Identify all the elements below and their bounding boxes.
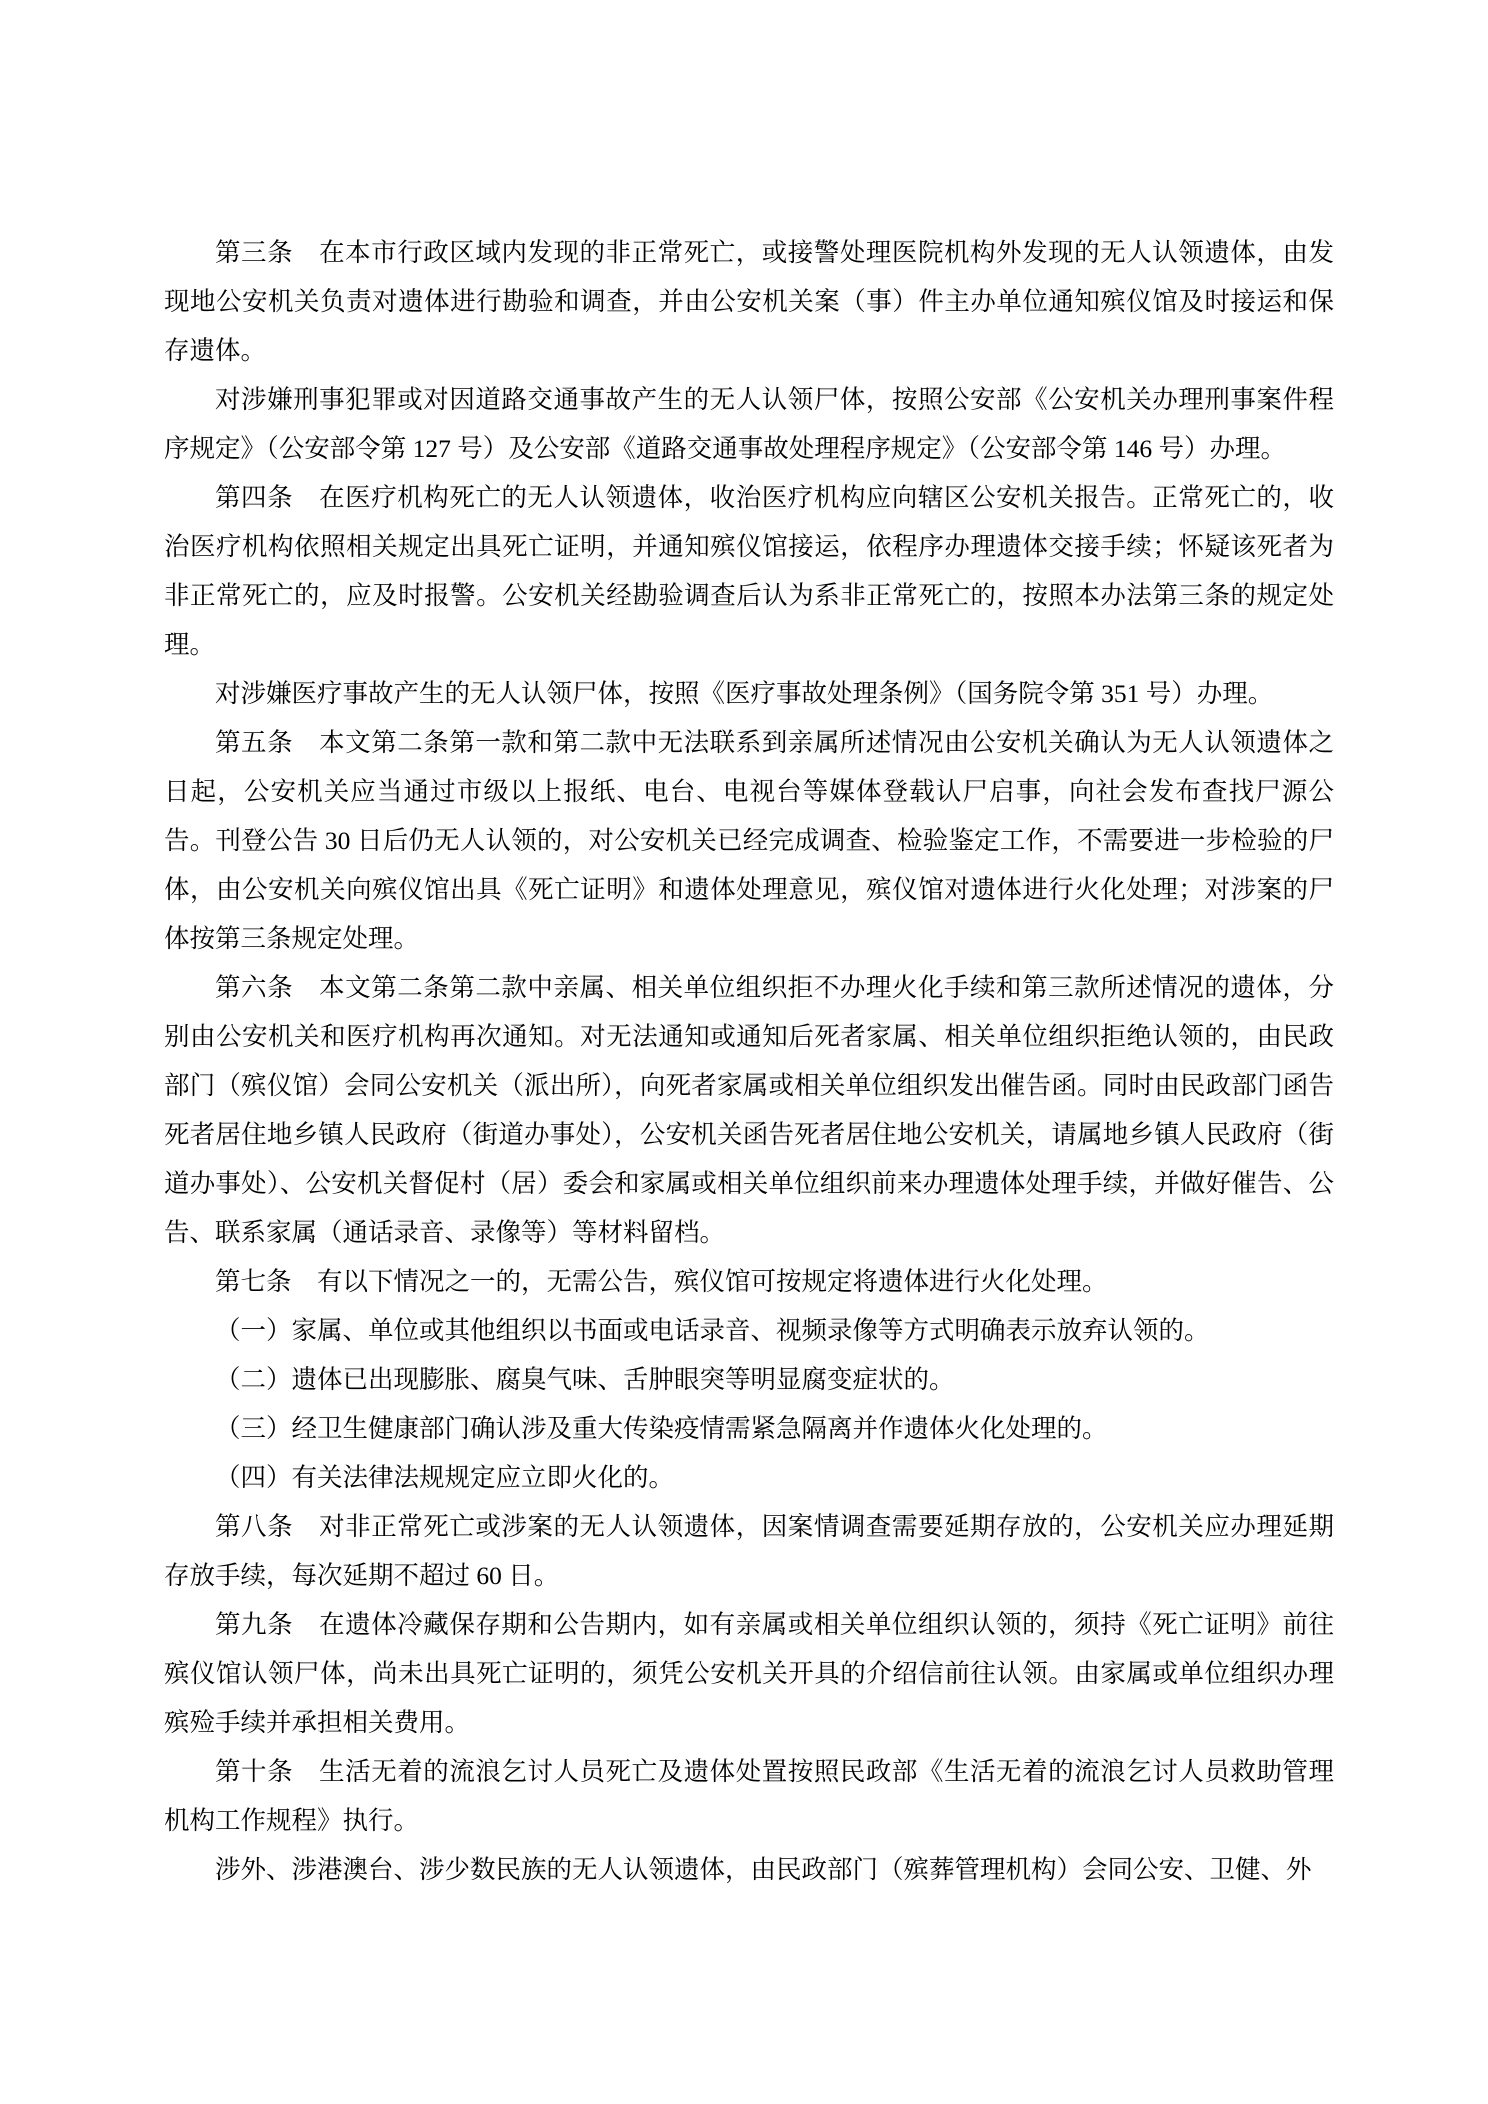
paragraph-article-3-clause-2: 对涉嫌刑事犯罪或对因道路交通事故产生的无人认领尸体，按照公安部《公安机关办理刑事… [164,375,1334,473]
paragraph-article-6: 第六条 本文第二条第二款中亲属、相关单位组织拒不办理火化手续和第三款所述情况的遗… [164,963,1334,1257]
document-page: 第三条 在本市行政区域内发现的非正常死亡，或接警处理医院机构外发现的无人认领遗体… [0,0,1488,2104]
paragraph-article-9: 第九条 在遗体冷藏保存期和公告期内，如有亲属或相关单位组织认领的，须持《死亡证明… [164,1600,1334,1747]
paragraph-article-8: 第八条 对非正常死亡或涉案的无人认领遗体，因案情调查需要延期存放的，公安机关应办… [164,1502,1334,1600]
paragraph-article-7-item-2: （二）遗体已出现膨胀、腐臭气味、舌肿眼突等明显腐变症状的。 [164,1355,1334,1404]
paragraph-article-10: 第十条 生活无着的流浪乞讨人员死亡及遗体处置按照民政部《生活无着的流浪乞讨人员救… [164,1747,1334,1845]
paragraph-article-7-item-3: （三）经卫生健康部门确认涉及重大传染疫情需紧急隔离并作遗体火化处理的。 [164,1404,1334,1453]
paragraph-article-3: 第三条 在本市行政区域内发现的非正常死亡，或接警处理医院机构外发现的无人认领遗体… [164,228,1334,375]
document-text-block: 第三条 在本市行政区域内发现的非正常死亡，或接警处理医院机构外发现的无人认领遗体… [164,228,1334,1894]
paragraph-article-7-item-1: （一）家属、单位或其他组织以书面或电话录音、视频录像等方式明确表示放弃认领的。 [164,1306,1334,1355]
paragraph-article-7: 第七条 有以下情况之一的，无需公告，殡仪馆可按规定将遗体进行火化处理。 [164,1257,1334,1306]
paragraph-article-7-item-4: （四）有关法律法规规定应立即火化的。 [164,1453,1334,1502]
paragraph-article-5: 第五条 本文第二条第一款和第二款中无法联系到亲属所述情况由公安机关确认为无人认领… [164,718,1334,963]
paragraph-special-cases: 涉外、涉港澳台、涉少数民族的无人认领遗体，由民政部门（殡葬管理机构）会同公安、卫… [164,1845,1334,1894]
paragraph-article-4-clause-2: 对涉嫌医疗事故产生的无人认领尸体，按照《医疗事故处理条例》（国务院令第 351 … [164,669,1334,718]
paragraph-article-4: 第四条 在医疗机构死亡的无人认领遗体，收治医疗机构应向辖区公安机关报告。正常死亡… [164,473,1334,669]
